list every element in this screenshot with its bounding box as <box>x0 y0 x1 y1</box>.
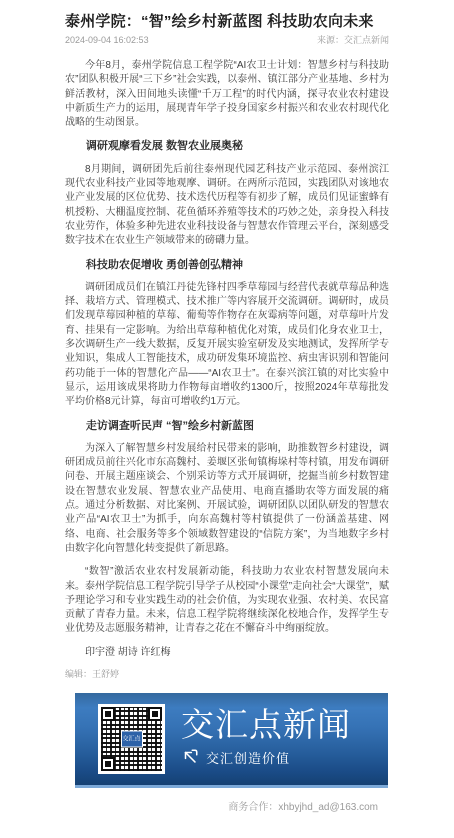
paragraph-intro: 今年8月，泰州学院信息工程学院“AI农卫士计划：智慧乡村与科技助农”团队积极开展… <box>65 59 389 130</box>
paragraph-research: 8月期间，调研团先后前往泰州现代园艺科技产业示范园、泰州滨江现代农业科技产业园等… <box>65 163 389 249</box>
arrow-up-left-icon <box>181 748 199 766</box>
paragraph-survey: 为深入了解智慧乡村发展给村民带来的影响，助推数智乡村建设，调研团成员前往兴化市东… <box>65 442 389 556</box>
jiaohuidian-banner[interactable]: 交汇点 交汇点新闻 交汇创造价值 <box>75 693 388 785</box>
section-heading-3: 走访调查听民声 “智”绘乡村新蓝图 <box>65 419 389 433</box>
business-contact: 商务合作：xhbyjhd_ad@163.com <box>65 801 389 814</box>
paragraph-conclusion: “数智”激活农业农村发展新动能，科技助力农业农村智慧发展向未来。泰州学院信息工程… <box>65 565 389 636</box>
qr-finder-top-left <box>101 707 115 721</box>
article-source: 来源：交汇点新闻 <box>317 34 389 46</box>
paragraph-tech-income: 调研团成员们在镇江丹徒先锋村四季草莓园与经营代表就草莓品种选择、栽培方式、管理模… <box>65 281 389 410</box>
authors-line: 印宇澄 胡诗 许红梅 <box>65 646 389 660</box>
banner-text-block: 交汇点新闻 交汇创造价值 <box>181 706 351 767</box>
news-article: 泰州学院：“智”绘乡村新蓝图 科技助农向未来 2024-09-04 16:02:… <box>0 0 454 814</box>
section-heading-2: 科技助农促增收 勇创善创弘精神 <box>65 258 389 272</box>
banner-slogan: 交汇创造价值 <box>206 748 290 767</box>
banner-brand-name: 交汇点新闻 <box>181 706 351 744</box>
banner-slogan-row: 交汇创造价值 <box>181 748 351 767</box>
qr-finder-top-right <box>148 707 162 721</box>
qr-center-logo: 交汇点 <box>121 730 143 747</box>
article-title: 泰州学院：“智”绘乡村新蓝图 科技助农向未来 <box>65 12 389 31</box>
publish-date: 2024-09-04 16:02:53 <box>65 34 149 46</box>
article-meta: 2024-09-04 16:02:53 来源：交汇点新闻 <box>65 34 389 46</box>
qr-code: 交汇点 <box>98 704 165 774</box>
section-heading-1: 调研观摩看发展 数智农业展奥秘 <box>65 139 389 153</box>
editor-line: 编辑：王舒婷 <box>65 668 389 680</box>
qr-finder-bottom-left <box>101 757 115 771</box>
